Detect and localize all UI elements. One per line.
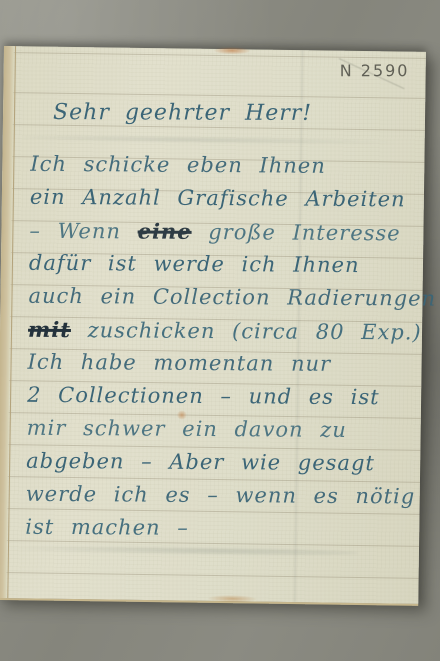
letter-line-text: abgeben – Aber wie gesagt xyxy=(26,449,375,475)
letter-text: Sehr geehrter Herr! Ich schicke eben Ihn… xyxy=(0,46,426,604)
struck-word: eine xyxy=(138,218,192,243)
salutation-line: Sehr geehrter Herr! xyxy=(53,100,312,126)
letter-line: Ich schicke eben Ihnen xyxy=(30,148,422,184)
letter-line-text: dafür ist werde ich Ihnen xyxy=(29,251,360,277)
letter-line: werde ich es – wenn es nötig xyxy=(26,478,418,514)
letter-line: – Wenn eine große Interesse xyxy=(29,214,421,250)
letter-line: mir schwer ein davon zu xyxy=(27,412,419,448)
letter-line-text: werde ich es – wenn es nötig xyxy=(26,482,416,509)
letter-line-text: große Interesse xyxy=(192,220,401,245)
letter-line-text: ein Anzahl Grafische Arbeiten xyxy=(30,185,406,212)
letter-line: abgeben – Aber wie gesagt xyxy=(26,445,418,481)
letter-line: 2 Collectionen – und es ist xyxy=(27,379,419,415)
letter-line: dafür ist werde ich Ihnen xyxy=(29,247,421,283)
letter-line-text: 2 Collectionen – und es ist xyxy=(27,383,380,409)
letter-line: ein Anzahl Grafische Arbeiten xyxy=(30,181,422,217)
struck-word: mit xyxy=(28,317,71,342)
letter-line: mit zuschicken (circa 80 Exp.) xyxy=(28,313,420,349)
letter-line-text: zuschicken (circa 80 Exp.) xyxy=(71,318,422,344)
letter-line-text: Ich schicke eben Ihnen xyxy=(30,152,326,178)
letter-body: Ich schicke eben Ihnenein Anzahl Grafisc… xyxy=(25,146,422,547)
letter-line: auch ein Collection Radierungen xyxy=(28,280,420,316)
letter-line-text: ist machen – xyxy=(25,515,189,540)
letter-line: ist machen – xyxy=(25,511,417,547)
letter-page: N 2590 Sehr geehrter Herr! Ich schicke e… xyxy=(0,46,426,606)
photograph-of-letter: N 2590 Sehr geehrter Herr! Ich schicke e… xyxy=(0,0,440,661)
letter-line-text: – Wenn xyxy=(29,219,137,244)
letter-line-text: Ich habe momentan nur xyxy=(28,350,332,376)
letter-line-text: mir schwer ein davon zu xyxy=(27,416,347,442)
letter-line: Ich habe momentan nur xyxy=(27,346,419,382)
letter-line-text: auch ein Collection Radierungen xyxy=(28,284,436,311)
